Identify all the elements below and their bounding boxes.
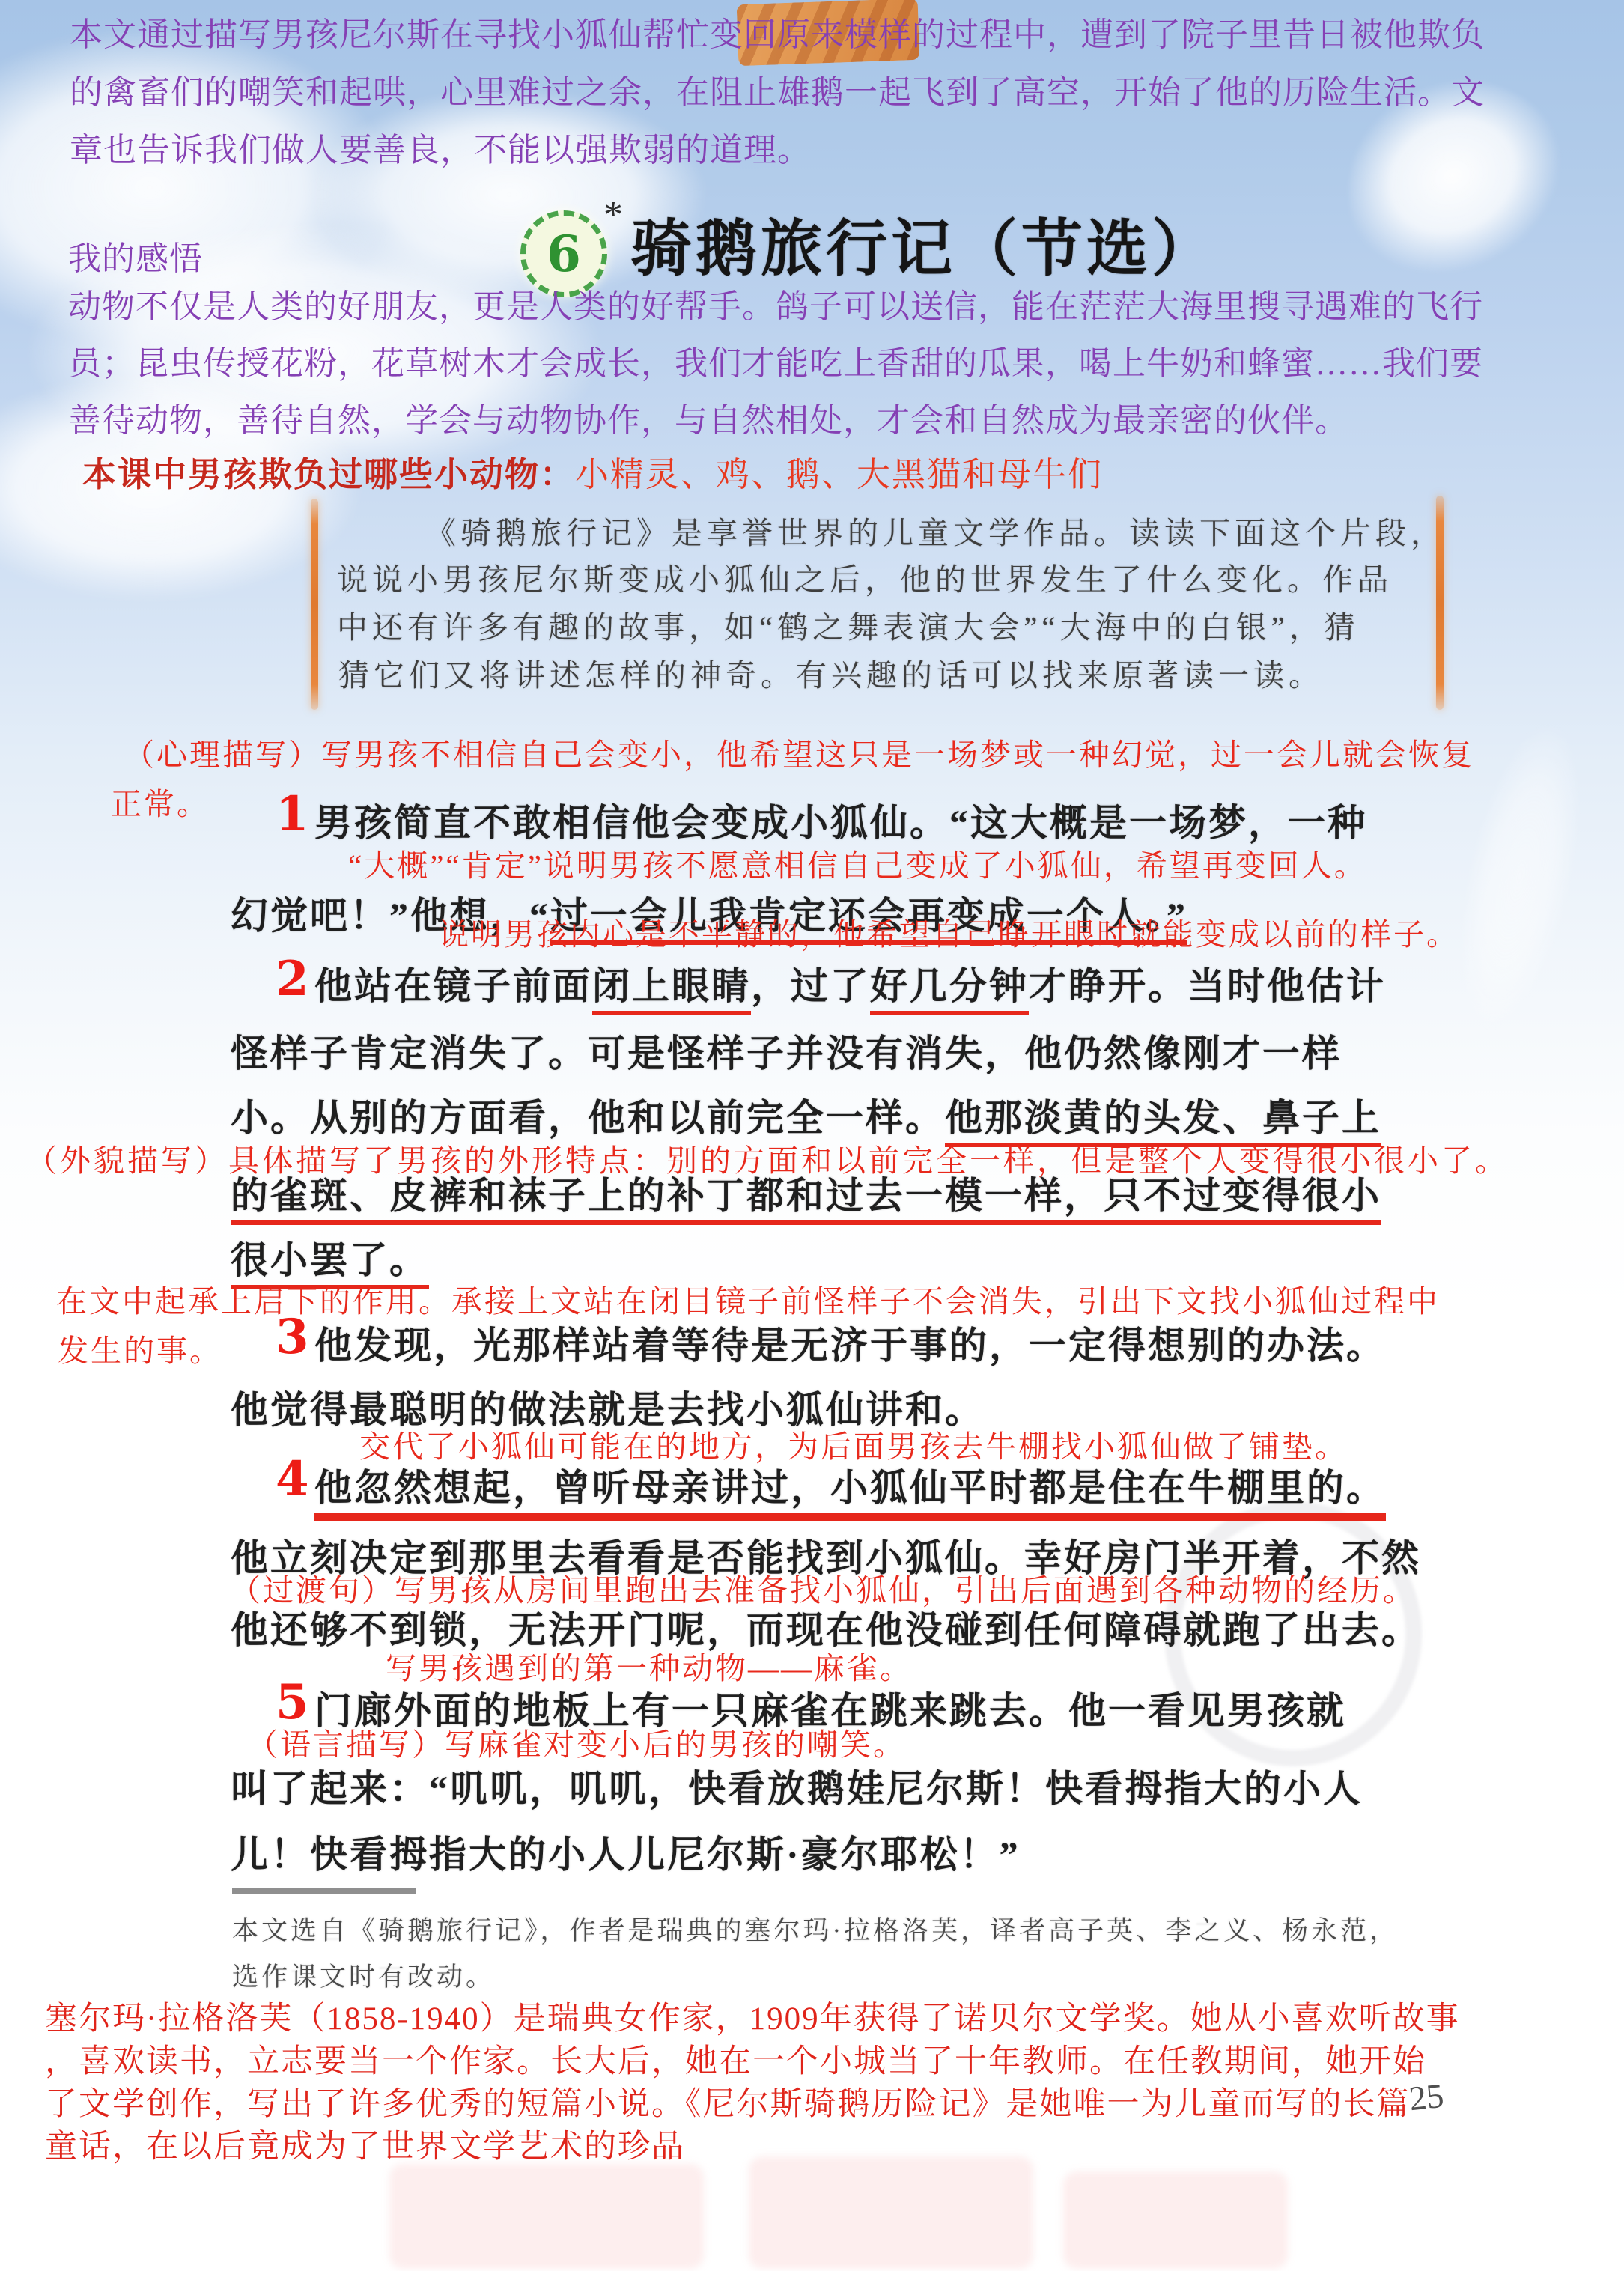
paragraph-4-line-2: 他立刻决定到那里去看看是否能找到小狐仙。幸好房门半开着，不然 xyxy=(231,1539,1421,1577)
annotation-maque: 写男孩遇到的第一种动物——麻雀。 xyxy=(386,1653,913,1684)
paragraph-4-line-3: 他还够不到锁，无法开门呢，而现在他没碰到任何障碍就跑了出去。 xyxy=(231,1611,1421,1649)
reflection-line: 员；昆虫传授花粉，花草树木才会成长，我们才能吃上香甜的瓜果，喝上牛奶和蜂蜜……我… xyxy=(68,335,1483,392)
page-number: 25 xyxy=(1408,2079,1446,2117)
reflection-line: 善待动物，善待自然，学会与动物协作，与自然相处，才会和自然成为最亲密的伙伴。 xyxy=(68,392,1483,449)
paragraph-2-line-1-underlined: 闭上眼睛 xyxy=(592,965,751,1015)
question-answer: 小精灵、鸡、鹅、大黑猫和母牛们 xyxy=(575,456,1103,493)
paragraph-5-number: 5 xyxy=(276,1679,309,1727)
paragraph-2-line-3: 小。从别的方面看，他和以前完全一样。他那淡黄的头发、鼻子上 xyxy=(231,1099,1381,1137)
author-note-line: 童话，在以后竟成为了世界文学艺术的珍品 xyxy=(45,2126,1460,2168)
annotation-jiaodai: 交代了小狐仙可能在的地方，为后面男孩去牛棚找小狐仙做了铺垫。 xyxy=(359,1432,1348,1462)
paragraph-4-line-1-underlined: 他忽然想起，曾听母亲讲过，小狐仙平时都是住在牛棚里的。 xyxy=(314,1467,1386,1521)
intro-line: 说说小男孩尼尔斯变成小狐仙之后，他的世界发生了什么变化。作品 xyxy=(337,565,1393,595)
annotation-psychology: 正常。 xyxy=(111,789,210,820)
top-summary-line: 章也告诉我们做人要善良，不能以强欺弱的道理。 xyxy=(70,121,1485,179)
paragraph-1-line-1: 男孩简直不敢相信他会变成小狐仙。“这大概是一场梦，一种 xyxy=(314,804,1367,842)
paragraph-5-line-3: 儿！快看拇指大的小人儿尼尔斯·豪尔耶松！” xyxy=(231,1836,1021,1873)
paragraph-2-line-1: 他站在镜子前面闭上眼睛，过了好几分钟才睁开。当时他估计 xyxy=(314,967,1386,1005)
paragraph-3-line-2: 他觉得最聪明的做法就是去找小狐仙讲和。 xyxy=(231,1391,985,1429)
paragraph-4-line-1: 他忽然想起，曾听母亲讲过，小狐仙平时都是住在牛棚里的。 xyxy=(314,1469,1386,1507)
paragraph-3-number: 3 xyxy=(276,1313,309,1361)
paragraph-5-line-1: 门廊外面的地板上有一只麻雀在跳来跳去。他一看见男孩就 xyxy=(314,1692,1346,1730)
paragraph-3-line-1: 他发现，光那样站着等待是无济于事的，一定得想别的办法。 xyxy=(314,1327,1386,1364)
pink-watermark xyxy=(1063,2171,1288,2269)
footnote-line: 选作课文时有改动。 xyxy=(232,1954,1399,2001)
annotation-neixin: 说明男孩内心是不平静的，他希望自己睁开眼时就能变成以前的样子。 xyxy=(438,919,1459,950)
footnote: 本文选自《骑鹅旅行记》，作者是瑞典的塞尔玛·拉格洛芙，译者高子英、李之义、杨永范… xyxy=(232,1908,1399,2001)
paragraph-2-line-3-plain: 小。从别的方面看，他和以前完全一样。 xyxy=(231,1097,945,1139)
reflection-line: 动物不仅是人类的好朋友，更是人类的好帮手。鸽子可以送信，能在茫茫大海里搜寻遇难的… xyxy=(68,279,1483,335)
author-note: 塞尔玛·拉格洛芙（1858-1940）是瑞典女作家，1909年获得了诺贝尔文学奖… xyxy=(45,1998,1460,2168)
author-note-line: 了文学创作，写出了许多优秀的短篇小说。《尼尔斯骑鹅历险记》是她唯一为儿童而写的长… xyxy=(45,2083,1460,2126)
paragraph-2-line-3-underlined: 他那淡黄的头发、鼻子上 xyxy=(945,1097,1381,1147)
textbook-page: 本文通过描写男孩尼尔斯在寻找小狐仙帮忙变回原来模样的过程中，遭到了院子里昔日被他… xyxy=(0,0,1624,2271)
paragraph-2-line-4-underlined: 的雀斑、皮裤和袜子上的补丁都和过去一模一样，只不过变得很小 xyxy=(231,1175,1381,1225)
top-summary: 本文通过描写男孩尼尔斯在寻找小狐仙帮忙变回原来模样的过程中，遭到了院子里昔日被他… xyxy=(70,6,1485,179)
paragraph-1-number: 1 xyxy=(276,791,309,839)
annotation-dagai-kending: “大概”“肯定”说明男孩不愿意相信自己变成了小狐仙，希望再变回人。 xyxy=(348,851,1367,881)
annotation-chengshangqixia: 在文中起承上启下的作用。承接上文站在闭目镜子前怪样子不会消失，引出下文找小狐仙过… xyxy=(56,1286,1440,1317)
paragraph-2-number: 2 xyxy=(276,955,309,1003)
annotation-waimao: （外貌描写）具体描写了男孩的外形特点：别的方面和以前完全一样，但是整个人变得很小… xyxy=(26,1146,1509,1176)
pink-watermark xyxy=(749,2156,1033,2269)
paragraph-2-line-1-plain: 他站在镜子前面 xyxy=(314,965,592,1007)
question-label: 本课中男孩欺负过哪些小动物： xyxy=(82,456,575,493)
intro-box-left-bar xyxy=(311,499,318,710)
author-note-line: 塞尔玛·拉格洛芙（1858-1940）是瑞典女作家，1909年获得了诺贝尔文学奖… xyxy=(45,1998,1460,2040)
top-summary-line: 本文通过描写男孩尼尔斯在寻找小狐仙帮忙变回原来模样的过程中，遭到了院子里昔日被他… xyxy=(70,6,1485,64)
footnote-line: 本文选自《骑鹅旅行记》，作者是瑞典的塞尔玛·拉格洛芙，译者高子英、李之义、杨永范… xyxy=(232,1908,1399,1954)
paragraph-4-number: 4 xyxy=(276,1456,309,1504)
pink-watermark xyxy=(389,2164,704,2269)
paragraph-2-line-1-plain: 才睁开。当时他估计 xyxy=(1029,965,1386,1007)
annotation-yuyan: （语言描写）写麻雀对变小后的男孩的嘲笑。 xyxy=(247,1730,906,1760)
paragraph-2-line-5-underlined: 很小罢了。 xyxy=(231,1239,429,1289)
paragraph-5-line-2: 叫了起来：“叽叽，叽叽，快看放鹅娃尼尔斯！快看拇指大的小人 xyxy=(231,1770,1363,1808)
author-note-line: ，喜欢读书，立志要当一个作家。长大后，她在一个小城当了十年教师。在任教期间，她开… xyxy=(45,2040,1460,2083)
intro-line: 猜它们又将讲述怎样的神奇。有兴趣的话可以找来原著读一读。 xyxy=(338,660,1324,691)
annotation-psychology: （心理描写）写男孩不相信自己会变小，他希望这只是一场梦或一种幻觉，过一会儿就会恢… xyxy=(124,740,1474,770)
paragraph-2-line-2: 怪样子肯定消失了。可是怪样子并没有消失，他仍然像刚才一样 xyxy=(231,1035,1342,1072)
paragraph-2-line-4: 的雀斑、皮裤和袜子上的补丁都和过去一模一样，只不过变得很小 xyxy=(231,1177,1381,1214)
intro-line: 中还有许多有趣的故事，如“鹤之舞表演大会”“大海中的白银”，猜 xyxy=(337,612,1360,643)
footnote-divider xyxy=(232,1888,416,1894)
question-line: 本课中男孩欺负过哪些小动物：小精灵、鸡、鹅、大黑猫和母牛们 xyxy=(82,458,1103,492)
paragraph-2-line-1-plain: ，过了 xyxy=(751,965,870,1007)
lesson-star-mark: * xyxy=(603,196,623,235)
reflection-paragraph: 动物不仅是人类的好朋友，更是人类的好帮手。鸽子可以送信，能在茫茫大海里搜寻遇难的… xyxy=(68,279,1483,449)
paragraph-2-line-1-underlined: 好几分钟 xyxy=(870,965,1029,1015)
lesson-number: 6 xyxy=(547,225,581,283)
intro-line: 《骑鹅旅行记》是享誉世界的儿童文学作品。读读下面这个片段， xyxy=(425,518,1446,549)
annotation-guoduju: （过渡句）写男孩从房间里跑出去准备找小狐仙，引出后面遇到各种动物的经历。 xyxy=(230,1575,1416,1606)
paragraph-2-line-5: 很小罢了。 xyxy=(231,1241,429,1279)
lesson-title: 骑鹅旅行记（节选） xyxy=(630,219,1217,280)
annotation-chengshangqixia: 发生的事。 xyxy=(58,1336,222,1366)
top-summary-line: 的禽畜们的嘲笑和起哄，心里难过之余，在阻止雄鹅一起飞到了高空，开始了他的历险生活… xyxy=(70,64,1485,121)
reflection-heading: 我的感悟 xyxy=(68,243,203,276)
